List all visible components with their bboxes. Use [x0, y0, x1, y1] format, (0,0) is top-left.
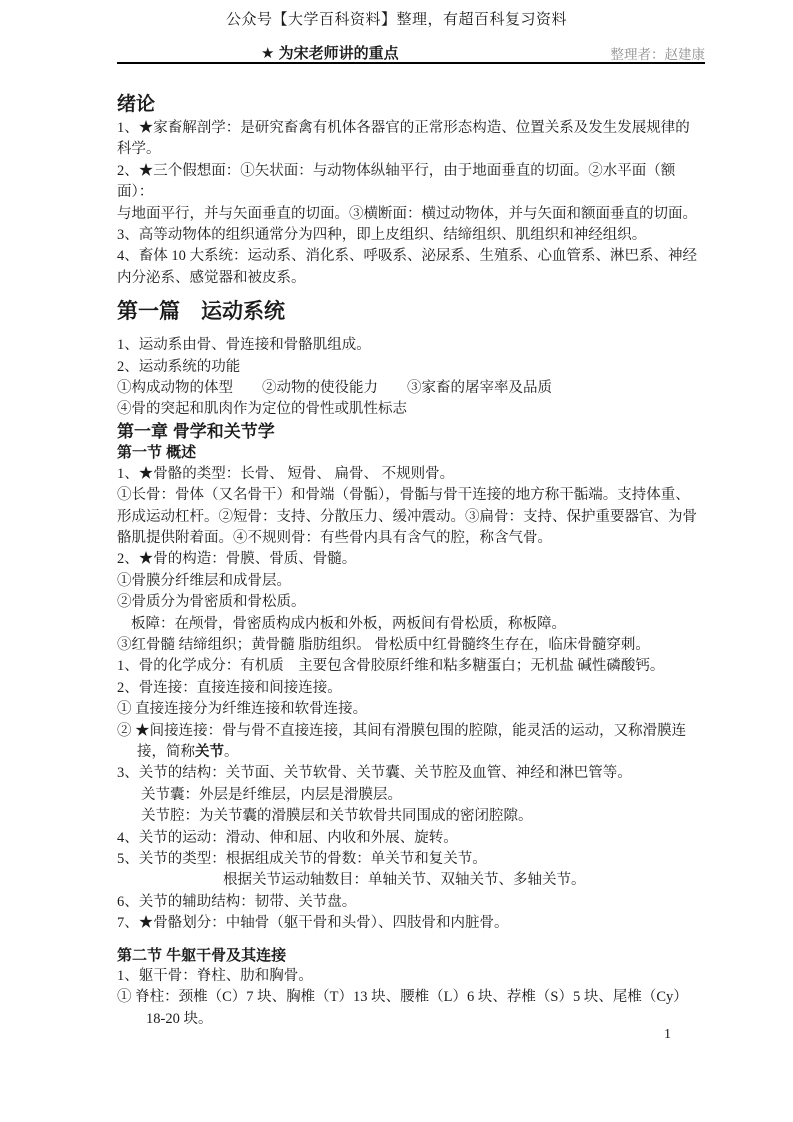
page-number: 1 [664, 1026, 671, 1044]
text-line: ② ★间接连接：骨与骨不直接连接，其间有滑膜包围的腔隙，能灵活的运动，又称滑膜连 [117, 721, 701, 742]
compiler-credit: 整理者：赵建康 [611, 43, 706, 63]
text-line: ②骨质分为骨密质和骨松质。 [117, 592, 701, 613]
star-emphasis-note: ★ 为宋老师讲的重点 [261, 42, 399, 63]
text-line: 6、关节的辅助结构：韧带、关节盘。 [117, 892, 701, 913]
text-line: ① 直接连接分为纤维连接和软骨连接。 [117, 699, 701, 720]
page-header-row: ★ 为宋老师讲的重点 整理者：赵建康 [117, 42, 705, 63]
text-line: ③红骨髓 结缔组织；黄骨髓 脂肪组织。 骨松质中红骨髓终生存在，临床骨髓穿刺。 [117, 635, 701, 656]
section-heading: 绪论 [117, 92, 701, 118]
text-line: 根据关节运动轴数目：单轴关节、双轴关节、多轴关节。 [117, 870, 701, 891]
text-line: 2、★骨的构造：骨膜、骨质、骨髓。 [117, 549, 701, 570]
document-body: 绪论1、★家畜解剖学：是研究畜禽有机体各器官的正常形态构造、位置关系及发生发展规… [117, 84, 701, 1030]
text-line: 骼肌提供附着面。④不规则骨：有些骨内具有含气的腔，称含气骨。 [117, 528, 701, 549]
text-line: 板障：在颅骨，骨密质构成内板和外板，两板间有骨松质，称板障。 [117, 614, 701, 635]
text-line: 1、★家畜解剖学：是研究畜禽有机体各器官的正常形态构造、位置关系及发生发展规律的 [117, 118, 701, 139]
text-line: 接，简称关节。 [117, 742, 701, 763]
text-line: 关节囊：外层是纤维层，内层是滑膜层。 [117, 785, 701, 806]
text-line: 关节腔：为关节囊的滑膜层和关节软骨共同围成的密闭腔隙。 [117, 806, 701, 827]
text-line: 18-20 块。 [117, 1009, 701, 1030]
text-run: 接，简称 [137, 744, 195, 760]
text-run: 。 [224, 744, 239, 760]
text-line: 与地面平行，并与矢面垂直的切面。③横断面：横过动物体，并与矢面和额面垂直的切面。 [117, 204, 701, 225]
page-header-source-line: 公众号【大学百科资料】整理，有超百科复习资料 [0, 9, 793, 31]
subsection-heading: 第二节 牛躯干骨及其连接 [117, 945, 701, 966]
text-line: ①长骨：骨体（又名骨干）和骨端（骨骺），骨骺与骨干连接的地方称干骺端。支持体重、 [117, 485, 701, 506]
blank-line [117, 935, 701, 945]
document-page: 公众号【大学百科资料】整理，有超百科复习资料 ★ 为宋老师讲的重点 整理者：赵建… [0, 0, 793, 1122]
part-heading: 第一篇 运动系统 [117, 297, 701, 327]
text-line: 4、关节的运动：滑动、伸和屈、内收和外展、旋转。 [117, 828, 701, 849]
text-line: 内分泌系、感觉器和被皮系。 [117, 268, 701, 289]
text-line: 2、★三个假想面：①矢状面：与动物体纵轴平行，由于地面垂直的切面。②水平面（额面… [117, 161, 701, 204]
text-line: ① 脊柱：颈椎（C）7 块、胸椎（T）13 块、腰椎（L）6 块、荐椎（S）5 … [117, 987, 701, 1008]
text-line: 1、运动系由骨、骨连接和骨骼肌组成。 [117, 335, 701, 356]
text-line: 1、★骨骼的类型：长骨、 短骨、 扁骨、 不规则骨。 [117, 464, 701, 485]
text-line: 1、骨的化学成分：有机质 主要包含骨胶原纤维和粘多糖蛋白；无机盐 碱性磷酸钙。 [117, 656, 701, 677]
text-line: 1、躯干骨：脊柱、肋和胸骨。 [117, 966, 701, 987]
text-line: 3、关节的结构：关节面、关节软骨、关节囊、关节腔及血管、神经和淋巴管等。 [117, 763, 701, 784]
text-line: 2、运动系统的功能 [117, 357, 701, 378]
text-line: 2、骨连接：直接连接和间接连接。 [117, 678, 701, 699]
header-rule-divider [117, 62, 705, 64]
text-line: 形成运动杠杆。②短骨：支持、分散压力、缓冲震动。③扁骨：支持、保护重要器官、为骨 [117, 507, 701, 528]
text-line: 科学。 [117, 139, 701, 160]
text-line: 3、高等动物体的组织通常分为四种，即上皮组织、结缔组织、肌组织和神经组织。 [117, 225, 701, 246]
text-line: 7、★骨骼划分：中轴骨（躯干骨和头骨）、四肢骨和内脏骨。 [117, 913, 701, 934]
text-line: ④骨的突起和肌肉作为定位的骨性或肌性标志 [117, 399, 701, 420]
text-line: 5、关节的类型：根据组成关节的骨数：单关节和复关节。 [117, 849, 701, 870]
chapter-heading: 第一章 骨学和关节学 [117, 421, 701, 442]
subsection-heading: 第一节 概述 [117, 442, 701, 463]
text-line: ①构成动物的体型 ②动物的使役能力 ③家畜的屠宰率及品质 [117, 378, 701, 399]
bold-term: 关节 [195, 744, 224, 760]
text-line: 4、畜体 10 大系统：运动系、消化系、呼吸系、泌尿系、生殖系、心血管系、淋巴系… [117, 246, 701, 267]
text-line: ①骨膜分纤维层和成骨层。 [117, 571, 701, 592]
